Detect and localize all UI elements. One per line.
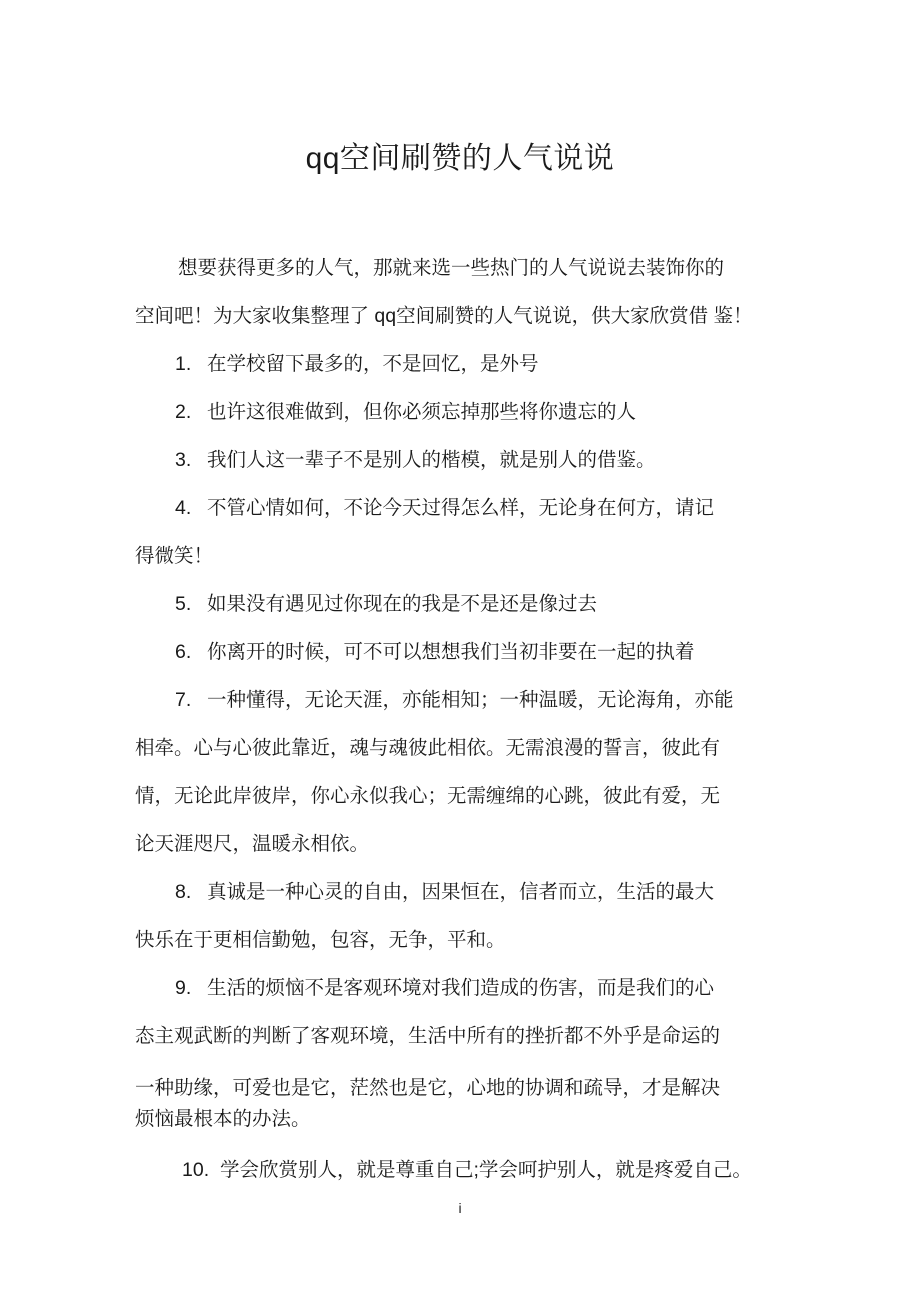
item-7-text: 一种懂得，无论天涯，亦能相知；一种温暖，无论海角，亦能: [207, 689, 734, 711]
item-8-number: 8.: [175, 881, 207, 903]
item-5-text: 如果没有遇见过你现在的我是不是还是像过去: [207, 593, 597, 615]
item-10-line: 10.学会欣赏别人，就是尊重自己;学会呵护别人，就是疼爱自己。: [182, 1159, 752, 1181]
item-3-line: 3.我们人这一辈子不是别人的楷模，就是别人的借鉴。: [175, 449, 656, 471]
item-7-line-3: 情，无论此岸彼岸，你心永似我心；无需缠绵的心跳，彼此有爱，无: [135, 785, 720, 807]
item-7-line-2: 相牵。心与心彼此靠近，魂与魂彼此相依。无需浪漫的誓言，彼此有: [135, 737, 720, 759]
intro-line-1: 想要获得更多的人气，那就来选一些热门的人气说说去装饰你的: [178, 257, 724, 279]
item-5-line: 5.如果没有遇见过你现在的我是不是还是像过去: [175, 593, 597, 615]
item-4-line-1: 4.不管心情如何，不论今天过得怎么样，无论身在何方，请记: [175, 497, 714, 519]
item-6-text: 你离开的时候，可不可以想想我们当初非要在一起的执着: [207, 641, 695, 663]
item-7-line-1: 7.一种懂得，无论天涯，亦能相知；一种温暖，无论海角，亦能: [175, 689, 734, 711]
item-4-line-2: 得微笑！: [135, 545, 213, 567]
intro-line-2: 空间吧！为大家收集整理了 qq空间刷赞的人气说说，供大家欣赏借 鉴！: [135, 305, 753, 327]
item-1-line: 1.在学校留下最多的，不是回忆，是外号: [175, 353, 539, 375]
item-9-line-3: 一种助缘，可爱也是它，茫然也是它，心地的协调和疏导，才是解决: [135, 1077, 720, 1099]
item-9-text: 生活的烦恼不是客观环境对我们造成的伤害，而是我们的心: [207, 977, 714, 999]
item-7-line-4: 论天涯咫尺，温暖永相依。: [135, 833, 369, 855]
item-4-text: 不管心情如何，不论今天过得怎么样，无论身在何方，请记: [207, 497, 714, 519]
item-8-line-2: 快乐在于更相信勤勉，包容，无争，平和。: [135, 929, 506, 951]
item-2-number: 2.: [175, 401, 207, 423]
item-9-line-2: 态主观武断的判断了客观环境，生活中所有的挫折都不外乎是命运的: [135, 1025, 720, 1047]
item-2-line: 2.也许这很难做到，但你必须忘掉那些将你遗忘的人: [175, 401, 636, 423]
item-4-number: 4.: [175, 497, 207, 519]
item-9-line-1: 9.生活的烦恼不是客观环境对我们造成的伤害，而是我们的心: [175, 977, 714, 999]
page-number-footer: i: [0, 1199, 920, 1217]
item-2-text: 也许这很难做到，但你必须忘掉那些将你遗忘的人: [207, 401, 636, 423]
item-10-number: 10.: [182, 1159, 220, 1181]
item-10-text: 学会欣赏别人，就是尊重自己;学会呵护别人，就是疼爱自己。: [220, 1159, 752, 1181]
item-9-line-4: 烦恼最根本的办法。: [135, 1108, 311, 1130]
item-6-line: 6.你离开的时候，可不可以想想我们当初非要在一起的执着: [175, 641, 695, 663]
item-8-line-1: 8.真诚是一种心灵的自由，因果恒在，信者而立，生活的最大: [175, 881, 714, 903]
item-7-number: 7.: [175, 689, 207, 711]
item-1-text: 在学校留下最多的，不是回忆，是外号: [207, 353, 539, 375]
item-5-number: 5.: [175, 593, 207, 615]
item-8-text: 真诚是一种心灵的自由，因果恒在，信者而立，生活的最大: [207, 881, 714, 903]
item-9-number: 9.: [175, 977, 207, 999]
item-6-number: 6.: [175, 641, 207, 663]
document-page: qq空间刷赞的人气说说 想要获得更多的人气，那就来选一些热门的人气说说去装饰你的…: [0, 0, 920, 1303]
item-3-text: 我们人这一辈子不是别人的楷模，就是别人的借鉴。: [207, 449, 656, 471]
item-1-number: 1.: [175, 353, 207, 375]
item-3-number: 3.: [175, 449, 207, 471]
document-title: qq空间刷赞的人气说说: [0, 141, 920, 177]
